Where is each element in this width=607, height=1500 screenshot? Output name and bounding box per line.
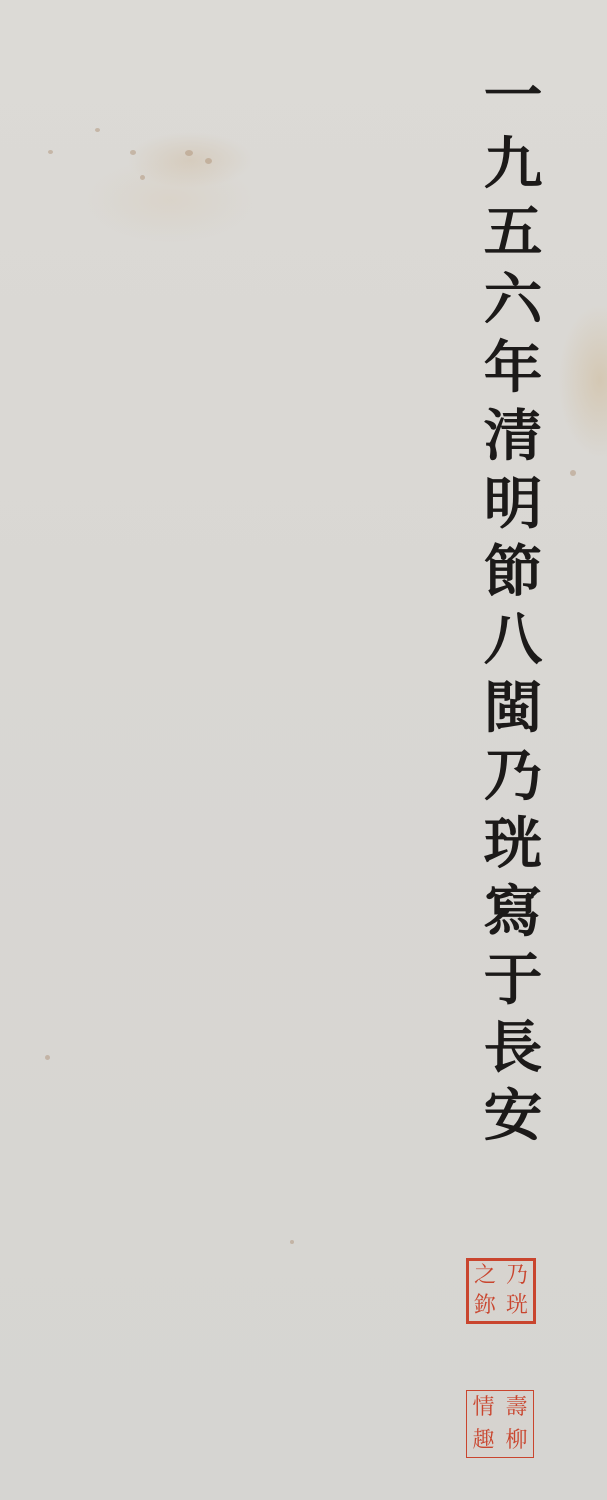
paper-foxing (48, 150, 53, 154)
seal-char: 情 (467, 1391, 500, 1424)
inscription-char: 年 (476, 334, 550, 402)
seal-char: 鉨 (469, 1291, 501, 1321)
inscription-char: 五 (476, 198, 550, 266)
seal-char: 珖 (501, 1291, 533, 1321)
paper-foxing (290, 1240, 294, 1244)
seal-char: 柳 (500, 1424, 533, 1457)
seal-char: 之 (469, 1261, 501, 1291)
inscription-char: 長 (476, 1014, 550, 1082)
paper-foxing (140, 175, 145, 180)
paper-foxing (205, 158, 212, 164)
calligraphy-scroll: 一 九 五 六 年 清 明 節 八 閩 乃 珖 寫 于 長 安 乃 珖 之 鉨 … (0, 0, 607, 1500)
inscription-char: 節 (476, 538, 550, 606)
inscription-char: 安 (476, 1082, 550, 1150)
seal-char: 趣 (467, 1424, 500, 1457)
inscription-char: 一 (476, 62, 550, 130)
inscription-char: 閩 (476, 674, 550, 742)
seal-char: 乃 (501, 1261, 533, 1291)
inscription-char: 九 (476, 130, 550, 198)
inscription-char: 八 (476, 606, 550, 674)
inscription-char: 珖 (476, 810, 550, 878)
upper-seal: 乃 珖 之 鉨 (466, 1258, 536, 1324)
seal-char: 壽 (500, 1391, 533, 1424)
inscription-char: 明 (476, 470, 550, 538)
inscription-char: 六 (476, 266, 550, 334)
paper-foxing (570, 470, 576, 476)
paper-foxing (130, 150, 136, 155)
lower-seal: 壽 柳 情 趣 (466, 1390, 534, 1458)
paper-foxing (95, 128, 100, 132)
inscription-char: 寫 (476, 878, 550, 946)
inscription-char: 乃 (476, 742, 550, 810)
inscription-char: 清 (476, 402, 550, 470)
inscription-column: 一 九 五 六 年 清 明 節 八 閩 乃 珖 寫 于 長 安 (478, 62, 548, 1150)
paper-foxing (185, 150, 193, 156)
paper-foxing (45, 1055, 50, 1060)
inscription-char: 于 (476, 946, 550, 1014)
